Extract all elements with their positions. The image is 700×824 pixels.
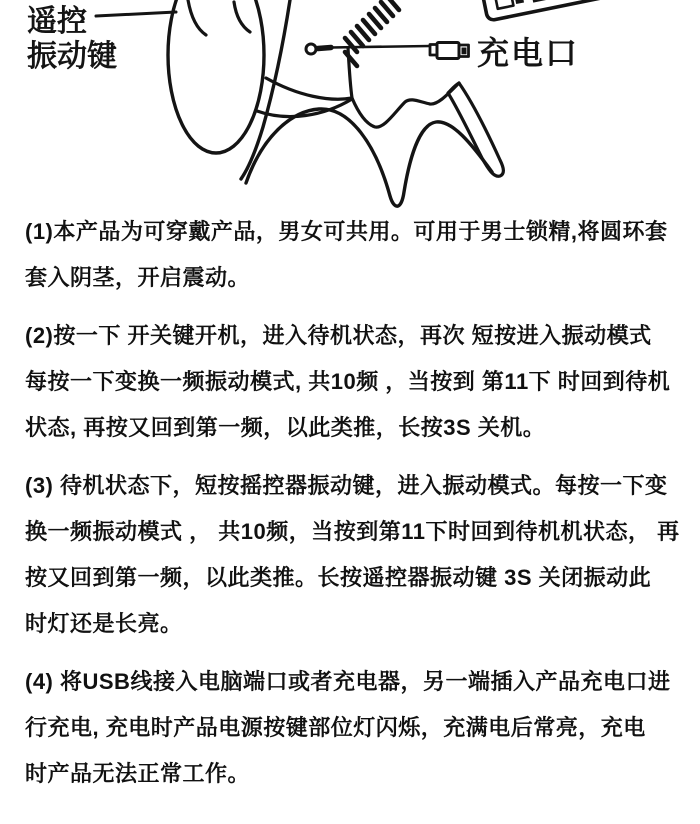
instruction-line: 按又回到第一频，以此类推。长按遥控器振动键 3S 关闭振动此 <box>25 555 680 601</box>
instruction-text-block: (1)本产品为可穿戴产品，男女可共用。可用于男士锁精,将圆环套套入阴茎，开启震动… <box>25 209 680 809</box>
instruction-line: (4) 将USB线接入电脑端口或者充电器，另一端插入产品充电口进 <box>25 659 680 705</box>
instruction-paragraph: (4) 将USB线接入电脑端口或者充电器，另一端插入产品充电口进行充电, 充电时… <box>25 659 680 797</box>
instruction-line: 换一频振动模式 ， 共10频，当按到第11下时回到待机机状态， 再 <box>25 509 680 555</box>
instruction-page: 遥控 振动键 充电口 (1)本产品为可穿戴产品，男女可共用。可用于男士锁精,将圆… <box>0 0 700 824</box>
usb-connector-icon <box>430 43 469 59</box>
instruction-paragraph: (1)本产品为可穿戴产品，男女可共用。可用于男士锁精,将圆环套套入阴茎，开启震动… <box>25 209 680 301</box>
ring-inner-curve-right <box>234 2 250 32</box>
instruction-line: 时灯还是长亮。 <box>25 601 680 647</box>
ring-inner-curve-left <box>188 0 206 35</box>
remote-label-line2: 振动键 <box>27 39 117 74</box>
instruction-line: (1)本产品为可穿戴产品，男女可共用。可用于男士锁精,将圆环套 <box>25 209 680 255</box>
instruction-line: 每按一下变换一频振动模式, 共10频 ，当按到 第11下 时回到待机 <box>25 359 680 405</box>
instruction-line: 时产品无法正常工作。 <box>25 751 680 797</box>
remote-label-line1: 遥控 <box>27 4 117 39</box>
instruction-line: 状态, 再按又回到第一频，以此类推，长按3S 关机。 <box>25 405 680 451</box>
body-strap <box>241 0 290 179</box>
instruction-paragraph: (2)按一下 开关键开机，进入待机状态，再次 短按进入振动模式每按一下变换一频振… <box>25 313 680 451</box>
usb-plug-icon <box>476 0 608 21</box>
charge-port-leader-line <box>331 46 430 48</box>
coiled-cable <box>345 0 399 66</box>
instruction-line: 行充电, 充电时产品电源按键部位灯闪烁，充满电后常亮，充电 <box>25 705 680 751</box>
product-diagram: 遥控 振动键 充电口 <box>0 0 700 216</box>
charge-port-stub <box>318 48 331 49</box>
remote-ring-outline <box>168 0 264 153</box>
instruction-line: (2)按一下 开关键开机，进入待机状态，再次 短按进入振动模式 <box>25 313 680 359</box>
charge-port-label: 充电口 <box>477 28 579 74</box>
body-top-contour <box>352 83 459 127</box>
instruction-line: (3) 待机状态下，短按摇控器振动键，进入振动模式。每按一下变 <box>25 463 680 509</box>
instruction-paragraph: (3) 待机状态下，短按摇控器振动键，进入振动模式。每按一下变换一频振动模式 ，… <box>25 463 680 647</box>
charge-port-dot <box>306 44 316 54</box>
instruction-line: 套入阴茎，开启震动。 <box>25 255 680 301</box>
remote-vibration-button-label: 遥控 振动键 <box>27 4 117 74</box>
body-collar-upper <box>266 78 352 99</box>
